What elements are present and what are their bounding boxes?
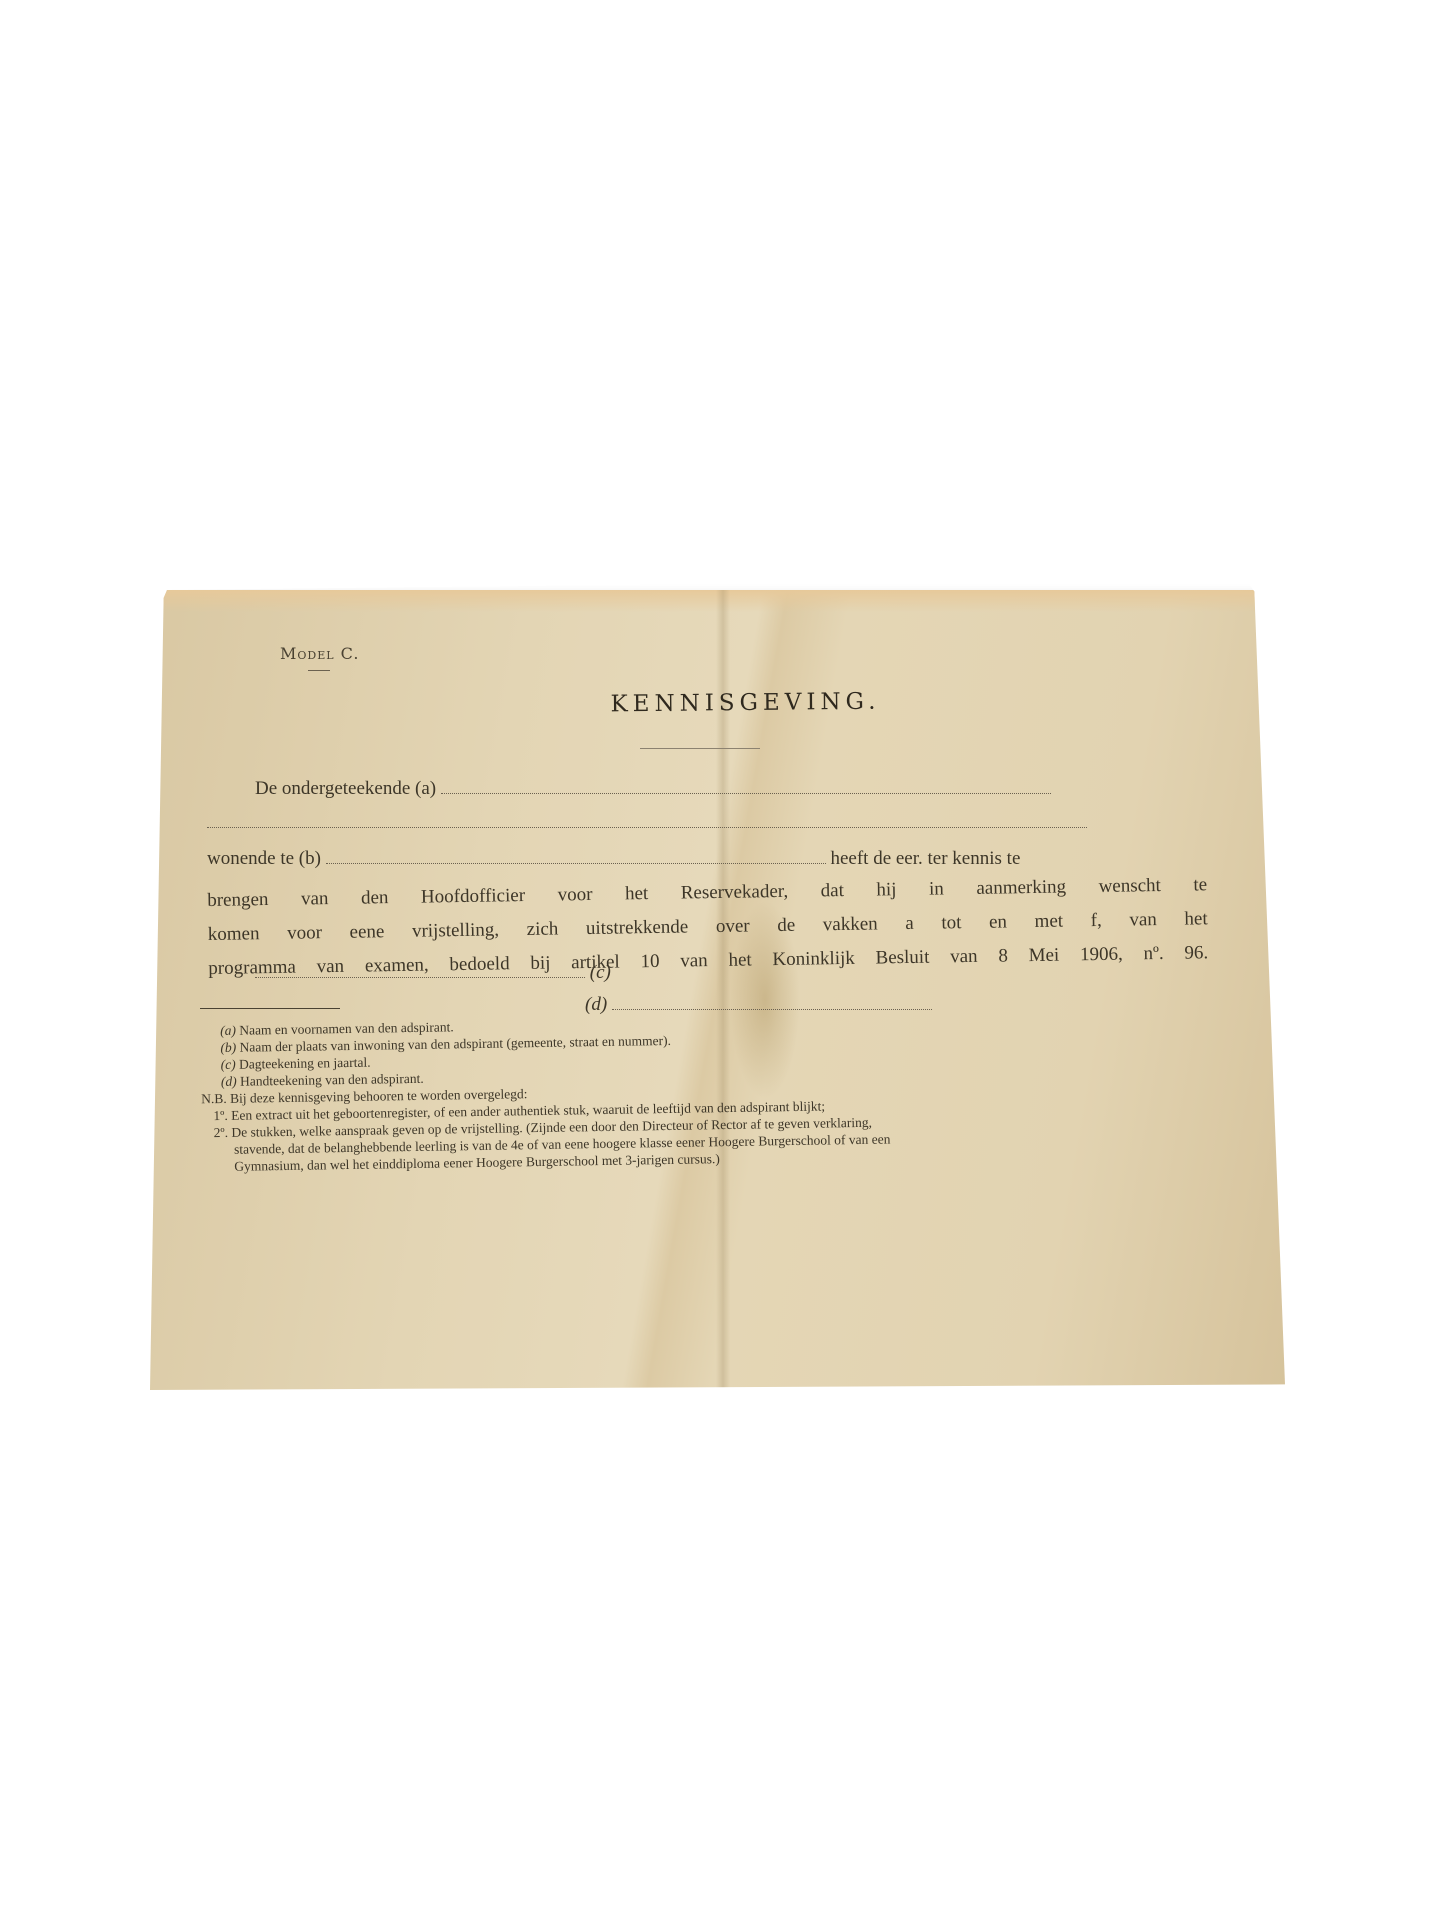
document-page: Model C. KENNISGEVING. De ondergeteekend… xyxy=(150,590,1285,1390)
field-c-label: (c) xyxy=(590,962,611,983)
field-b-suffix: heeft de eer. ter kennis te xyxy=(830,848,1020,869)
footnote-text: Handteekening van den adspirant. xyxy=(240,1071,424,1089)
footnote-mark: (d) xyxy=(221,1074,237,1089)
field-d-input[interactable] xyxy=(612,1009,932,1010)
field-c-row: (c) xyxy=(255,962,611,984)
nb-item-mark: 1º. xyxy=(213,1108,228,1123)
field-a-label: De ondergeteekende (a) xyxy=(255,778,436,799)
model-underline xyxy=(308,670,330,671)
field-d-label: (d) xyxy=(585,994,607,1015)
field-a-input-line-2[interactable] xyxy=(207,827,1087,828)
footnote-text: Dagteekening en jaartal. xyxy=(239,1055,371,1072)
title-rule xyxy=(640,748,760,749)
field-b-input[interactable] xyxy=(326,863,826,864)
field-c-input[interactable] xyxy=(255,977,585,978)
footnote-mark: (a) xyxy=(220,1023,236,1038)
footnotes: (a) Naam en voornamen van den adspirant.… xyxy=(220,1011,891,1174)
field-a-continuation xyxy=(207,812,1087,834)
footnote-mark: (c) xyxy=(221,1057,236,1072)
field-b-row: wonende te (b) heeft de eer. ter kennis … xyxy=(207,848,1020,870)
document-title: KENNISGEVING. xyxy=(178,684,1313,722)
footnote-separator xyxy=(200,1008,340,1009)
nb-item-mark: 2º. xyxy=(214,1125,229,1140)
field-b-label: wonende te (b) xyxy=(207,848,321,869)
field-a-input[interactable] xyxy=(441,793,1051,794)
footnote-mark: (b) xyxy=(220,1040,236,1055)
model-label: Model C. xyxy=(280,644,359,663)
field-a-row: De ondergeteekende (a) xyxy=(255,778,1051,800)
